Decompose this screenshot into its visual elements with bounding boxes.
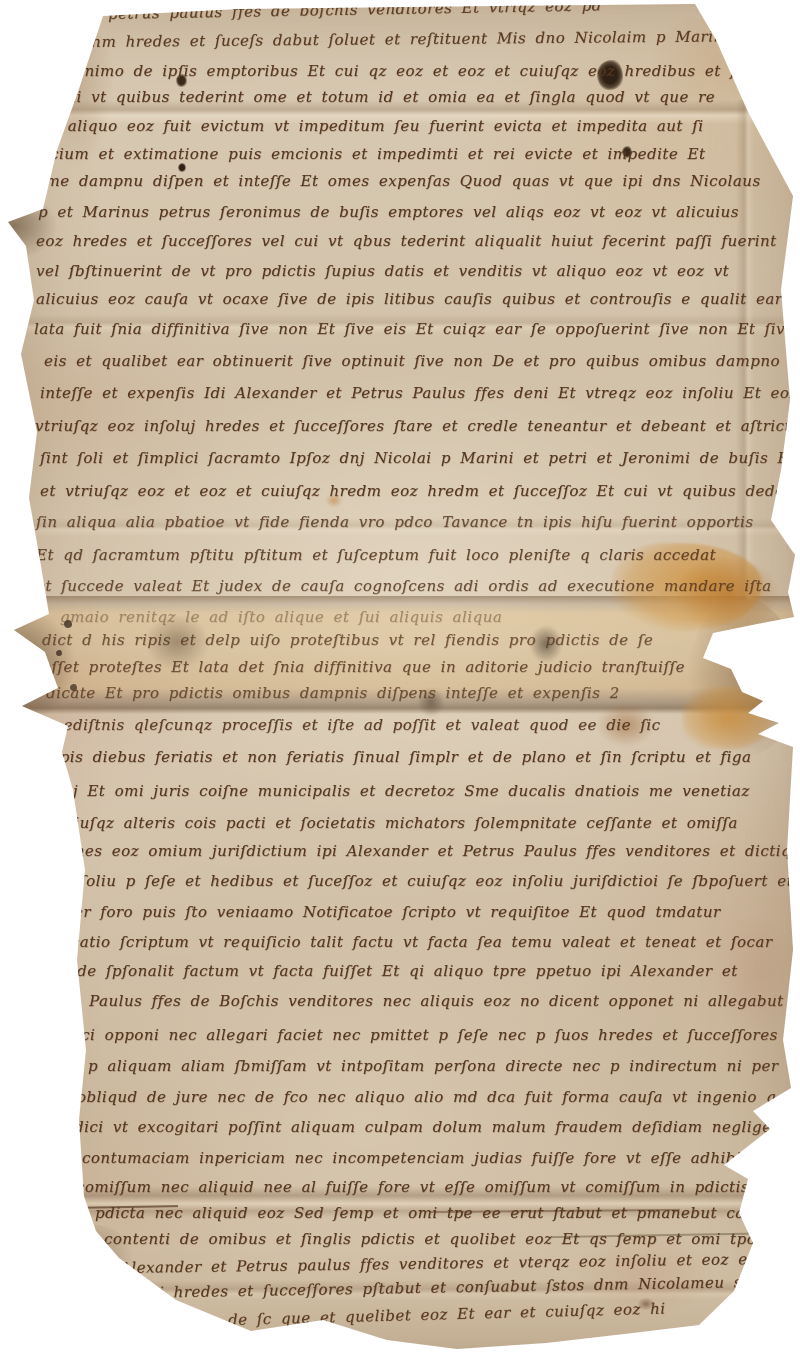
parchment-vignette <box>0 0 800 1354</box>
shelfmark-line2: 470 <box>24 1150 55 1166</box>
shelfmark-line1: MLC <box>23 1135 54 1151</box>
parchment-sheet: petrus paulus ffes de boſchis venditores… <box>0 0 800 1354</box>
shelfmark-pencil: MLC 470 <box>23 1135 55 1166</box>
photo-background: petrus paulus ffes de boſchis venditores… <box>0 0 800 1354</box>
